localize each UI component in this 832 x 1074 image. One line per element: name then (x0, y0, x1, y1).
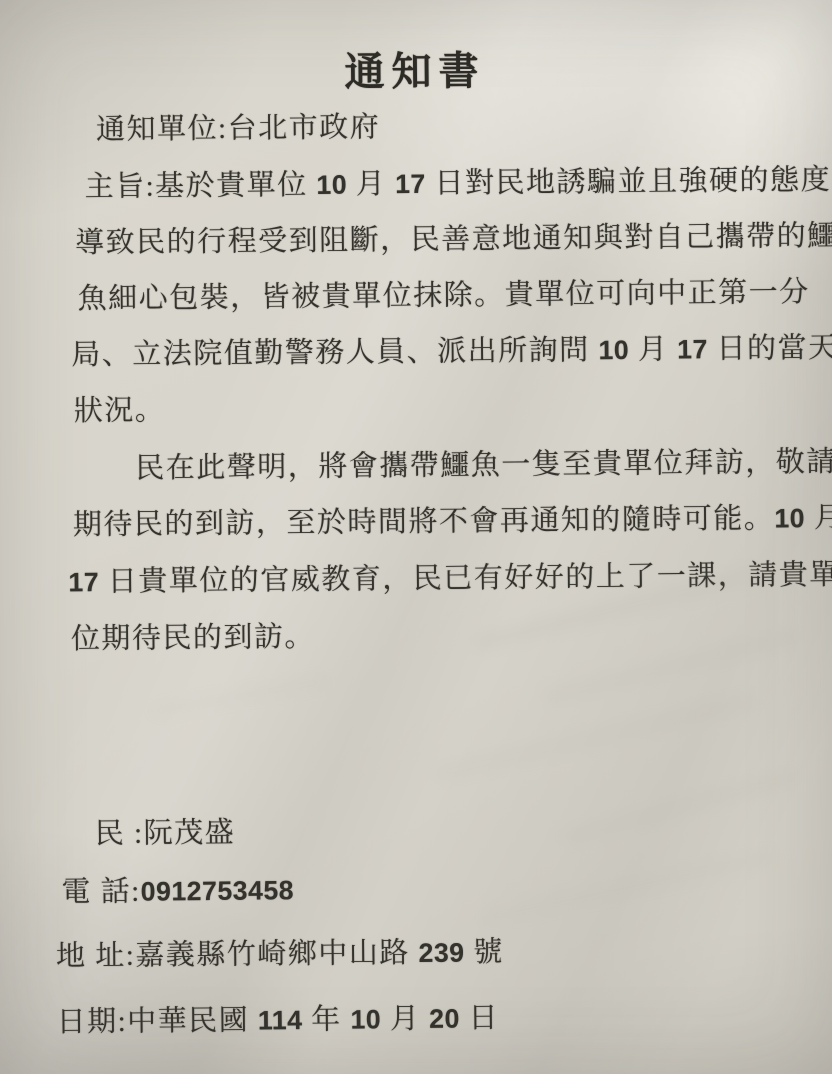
signer-name-line: 民 :阮茂盛 (95, 810, 236, 852)
notice-sheet: 通知書 通知單位:台北市政府 主旨:基於貴單位 10 月 17 日對民地誘騙並且… (0, 0, 832, 1074)
body-line: 主旨:基於貴單位 10 月 17 日對民地誘騙並且強硬的態度， (84, 157, 832, 205)
body-line: 局、立法院值勤警務人員、派出所詢問 10 月 17 日的當天 (71, 325, 832, 373)
body-line: 位期待民的到訪。 (71, 614, 315, 657)
body-line: 魚細心包裝，皆被貴單位抹除。貴單位可向中正第一分 (77, 269, 809, 317)
document-title: 通知書 (0, 36, 828, 101)
document-date-line: 日期:中華民國 114 年 10 月 20 日 (56, 995, 499, 1040)
signer-phone-line: 電 話:0912753458 (61, 867, 294, 910)
body-line: 17 日貴單位的官威教育，民已有好好的上了一課，請貴單 (68, 552, 832, 600)
document-photo: 通知書 通知單位:台北市政府 主旨:基於貴單位 10 月 17 日對民地誘騙並且… (0, 0, 832, 1074)
notify-unit-line: 通知單位:台北市政府 (96, 104, 380, 148)
body-line: 期待民的到訪，至於時間將不會再通知的隨時可能。10 月 (73, 495, 832, 543)
body-line: 狀況。 (74, 387, 166, 429)
signer-address-line: 地 址:嘉義縣竹崎鄉中山路 239 號 (56, 929, 504, 974)
body-line: 民在此聲明，將會攜帶鱷魚一隻至貴單位拜訪，敬請 (135, 439, 832, 487)
body-line: 導致民的行程受到阻斷，民善意地通知與對自己攜帶的鱷 (75, 213, 832, 261)
